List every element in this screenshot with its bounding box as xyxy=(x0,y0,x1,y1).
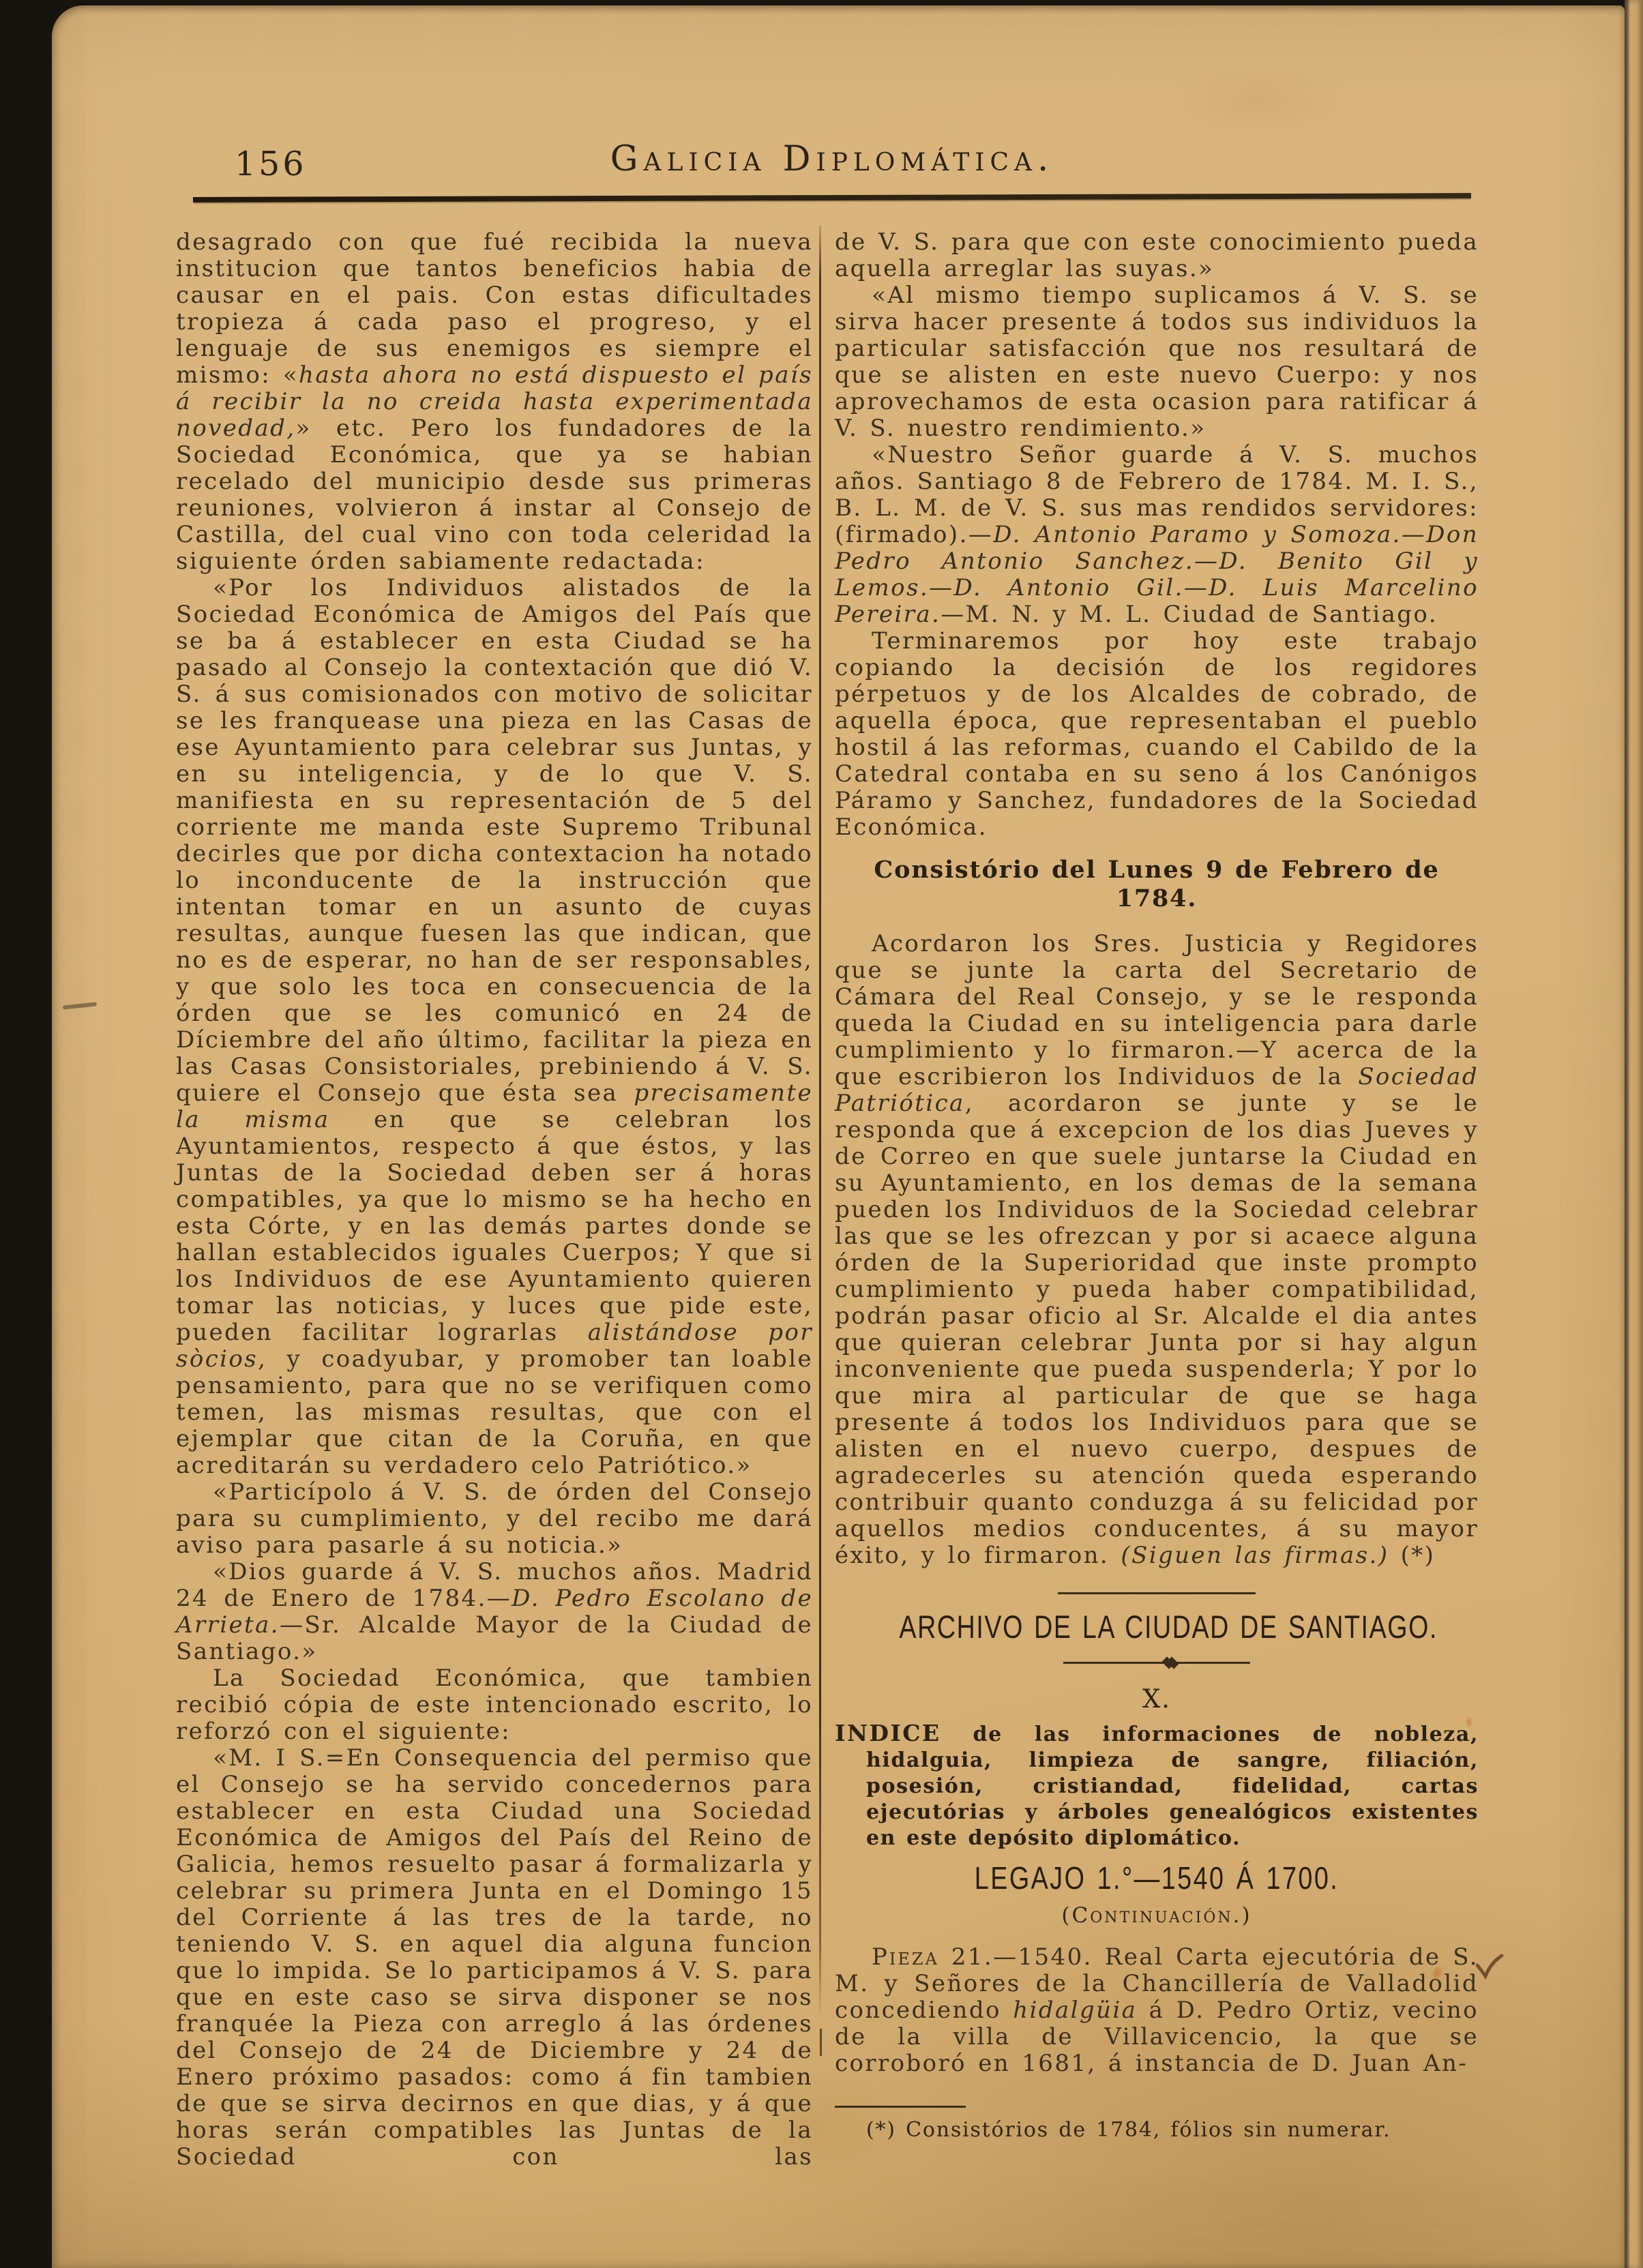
section-divider-rule xyxy=(1058,1592,1256,1594)
paragraph: Pieza 21.—1540. Real Carta ejecutória de… xyxy=(835,1944,1479,2077)
text-run: La Sociedad Económica, que tambien recib… xyxy=(176,1665,813,1745)
ornament-icon xyxy=(1013,1658,1300,1668)
text-run: Terminaremos por hoy este trabajo copian… xyxy=(835,627,1479,841)
paragraph: de V. S. para que con este conocimiento … xyxy=(835,229,1479,282)
paragraph: Acordaron los Sres. Justicia y Regidores… xyxy=(835,931,1479,1569)
text-run: , acordaron se junte y se le responda qu… xyxy=(835,1090,1479,1569)
column-divider xyxy=(819,225,821,2017)
consistorio-heading: Consistório del Lunes 9 de Febrero de 17… xyxy=(835,856,1479,913)
adjacent-page-edge xyxy=(1625,0,1643,2268)
text-run: de V. S. para que con este conocimiento … xyxy=(835,228,1479,282)
continuation-note: (Continuación.) xyxy=(835,1903,1479,1929)
scanned-page: 156 Galicia Diplomática. desagrado con q… xyxy=(0,0,1643,2268)
paragraph: «Dios guarde á V. S. muchos años. Madrid… xyxy=(176,1559,813,1665)
page-title: Galicia Diplomática. xyxy=(193,139,1471,179)
text-run: «Por los Individuos alistados de la Soci… xyxy=(176,574,813,1107)
text-run: hidalgüia xyxy=(1013,1997,1137,2024)
text-run: , y coadyubar, y promober tan loable pen… xyxy=(176,1345,813,1479)
text-run: Pieza xyxy=(872,1943,939,1971)
paragraph: La Sociedad Económica, que tambien recib… xyxy=(176,1665,813,1745)
paragraph: «Particípolo á V. S. de órden del Consej… xyxy=(176,1479,813,1559)
text-run: (*) Consistórios de 1784, fólios sin num… xyxy=(866,2118,1391,2142)
ornament-line xyxy=(1175,1662,1250,1664)
text-run: INDICE xyxy=(835,1720,941,1746)
right-column: de V. S. para que con este conocimiento … xyxy=(835,229,1479,2143)
paragraph: Terminaremos por hoy este trabajo copian… xyxy=(835,628,1479,841)
archivo-heading: ARCHIVO DE LA CIUDAD DE SANTIAGO. xyxy=(899,1613,1414,1640)
section-number-heading: X. xyxy=(835,1686,1479,1712)
paragraph: «Por los Individuos alistados de la Soci… xyxy=(176,575,813,1479)
text-run: (Siguen las firmas.) xyxy=(1121,1542,1389,1569)
text-run: —M. N. y M. L. Ciudad de Santiago. xyxy=(941,601,1438,628)
ornament-line xyxy=(1063,1662,1166,1664)
footnote-rule xyxy=(835,2106,966,2108)
text-run: (*) xyxy=(1389,1542,1435,1569)
column-divider xyxy=(820,2029,822,2056)
paragraph: «Nuestro Señor guarde á V. S. muchos año… xyxy=(835,442,1479,628)
left-column: desagrado con que fué recibida la nueva … xyxy=(176,229,813,2170)
text-run: en que se celebran los Ayuntamientos, re… xyxy=(176,1106,813,1346)
paragraph: desagrado con que fué recibida la nueva … xyxy=(176,229,813,575)
text-run: de las informaciones de nobleza, hidalgu… xyxy=(866,1722,1479,1850)
text-run: «M. I S.=En Consequencia del permiso que… xyxy=(176,1744,813,2170)
footnote-text: (*) Consistórios de 1784, fólios sin num… xyxy=(835,2117,1479,2143)
legajo-heading: LEGAJO 1.°—1540 Á 1700. xyxy=(893,1865,1421,1892)
text-run: «Al mismo tiempo suplicamos á V. S. se s… xyxy=(835,282,1479,442)
paragraph: «Al mismo tiempo suplicamos á V. S. se s… xyxy=(835,282,1479,442)
text-run: «Particípolo á V. S. de órden del Consej… xyxy=(176,1478,813,1559)
handwritten-check-mark xyxy=(1473,1952,1505,1982)
paragraph: «M. I S.=En Consequencia del permiso que… xyxy=(176,1745,813,2170)
indice-paragraph: INDICE de las informaciones de nobleza, … xyxy=(835,1720,1479,1851)
